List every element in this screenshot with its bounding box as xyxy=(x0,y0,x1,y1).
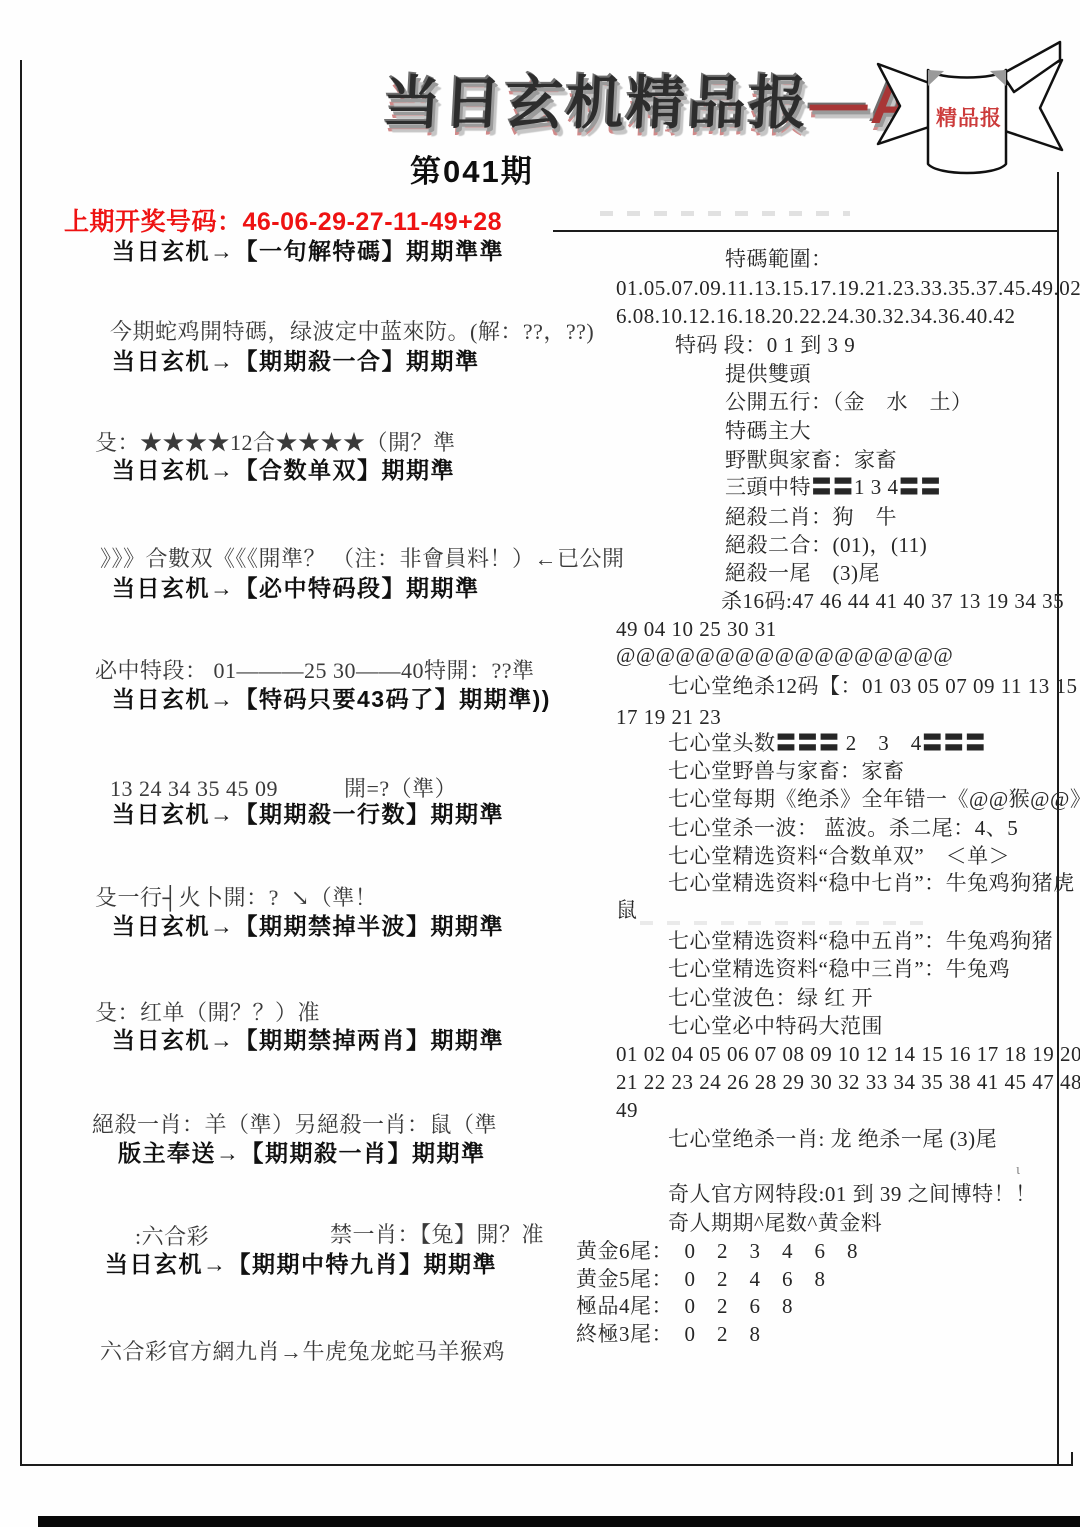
left-line: 》》》合數双《《《開準？ （注：非會員料！）←已公開 xyxy=(100,548,625,570)
right-line: 杀16码:47 46 44 41 40 37 13 19 34 35 xyxy=(721,591,1064,612)
right-line: 七心堂绝杀一肖: 龙 绝杀一尾 (3)尾 xyxy=(668,1129,997,1150)
right-line: 七心堂精选资料“稳中七肖”：牛兔鸡狗猪虎 xyxy=(668,873,1075,894)
right-line: 提供雙頭 xyxy=(725,364,811,385)
left-line: 殳：★★★★12合★★★★（開？準 xyxy=(95,432,456,454)
right-line: 七心堂头数〓〓〓 2 3 4〓〓〓 xyxy=(668,733,986,754)
right-line: 七心堂绝杀12码【：01 03 05 07 09 11 13 15 xyxy=(668,676,1077,697)
left-line: 今期蛇鸡開特碼，绿波定中蓝來防。(解：??，??) xyxy=(110,321,594,343)
left-line: 当日玄机→【期期殺一行数】期期準 xyxy=(112,803,504,826)
right-line: 七心堂精选资料“稳中五肖”：牛兔鸡狗猪 xyxy=(668,931,1053,952)
right-line: 特碼範圍： xyxy=(725,249,833,270)
right-line: 17 19 21 23 xyxy=(616,707,721,728)
left-line: 当日玄机→【期期禁掉半波】期期準 xyxy=(112,915,504,938)
right-line: 01 02 04 05 06 07 08 09 10 12 14 15 16 1… xyxy=(616,1044,1080,1065)
left-line: 当日玄机→【一句解特碼】期期準準 xyxy=(112,240,504,263)
right-line: 七心堂每期《绝杀》全年错一《@@猴@@》 xyxy=(668,789,1080,810)
newspaper-logo: 当日玄机精品报—A xyxy=(381,56,918,140)
page-bottom-bar xyxy=(38,1516,1080,1527)
right-line: 絕殺二肖：狗 牛 xyxy=(725,507,897,528)
last-draw-numbers: 上期开奖号码：46-06-29-27-11-49+28 xyxy=(64,202,502,238)
left-line: 当日玄机→【合数单双】期期準 xyxy=(112,459,455,482)
panel-top-border xyxy=(553,230,1059,232)
right-line: 奇人官方网特段:01 到 39 之间博特！！ xyxy=(668,1184,1037,1205)
right-line: 七心堂波色：绿 红 开 xyxy=(668,988,873,1009)
page-bottom-line xyxy=(20,1464,1073,1466)
left-line: 当日玄机→【特码只要43码了】期期準)) xyxy=(112,688,551,711)
right-line: 野獸與家畜：家畜 xyxy=(725,450,897,471)
right-line: 七心堂精选资料“稳中三肖”：牛兔鸡 xyxy=(668,959,1010,980)
bottom-line-right-tick xyxy=(1071,1452,1073,1465)
right-line: 黄金6尾： 0 2 3 4 6 8 xyxy=(576,1241,858,1262)
left-line: 当日玄机→【期期中特九肖】期期準 xyxy=(105,1253,497,1276)
left-line: 当日玄机→【必中特码段】期期準 xyxy=(112,577,480,600)
left-line: 絕殺一肖：羊（準）另絕殺一肖：鼠（準 xyxy=(92,1114,497,1136)
scan-artifact xyxy=(640,921,930,925)
issue-number: 第041期 xyxy=(410,146,534,191)
right-line: 終極3尾： 0 2 8 xyxy=(576,1324,761,1345)
left-line: 殳一行┤火卜開：? ↘（準！ xyxy=(95,887,377,909)
scan-artifact xyxy=(600,211,850,216)
page-right-border xyxy=(1057,172,1059,1464)
logo-main-text: 当日玄机精品报 xyxy=(381,71,811,136)
right-line: 黄金5尾： 0 2 4 6 8 xyxy=(576,1269,826,1290)
right-line: 特碼主大 xyxy=(725,421,811,442)
right-line: 公開五行：（金 水 土） xyxy=(725,392,973,413)
right-line: 49 xyxy=(616,1100,638,1121)
right-line: 49 04 10 25 30 31 xyxy=(616,619,777,640)
right-line: 特码 段：0 1 到 3 9 xyxy=(675,335,855,356)
right-line: 七心堂杀一波： 蓝波。杀二尾：4、5 xyxy=(668,818,1018,839)
right-line: 6.08.10.12.16.18.20.22.24.30.32.34.36.40… xyxy=(616,306,1016,327)
right-line: 極品4尾： 0 2 6 8 xyxy=(576,1296,793,1317)
right-line: 絕殺一尾 (3)尾 xyxy=(725,563,880,584)
stray-mark: ι xyxy=(1016,1162,1020,1179)
right-line: 01.05.07.09.11.13.15.17.19.21.23.33.35.3… xyxy=(616,278,1080,299)
left-line: 六合彩官方網九肖→牛虎兔龙蛇马羊猴鸡 xyxy=(100,1341,505,1363)
left-line: 必中特段： 01———25 30——40特開：??準 xyxy=(95,660,535,682)
right-line: 七心堂必中特码大范围 xyxy=(668,1016,883,1037)
left-line: 13 24 34 35 45 09 開=?（準） xyxy=(110,778,457,800)
left-line: 当日玄机→【期期禁掉两肖】期期準 xyxy=(112,1029,504,1052)
right-line: 鼠 xyxy=(616,900,638,921)
right-line: 21 22 23 24 26 28 29 30 32 33 34 35 38 4… xyxy=(616,1072,1080,1093)
left-line: 当日玄机→【期期殺一合】期期準 xyxy=(112,350,480,373)
ribbon-label: 精品报 xyxy=(929,102,1009,132)
right-line: 七心堂野兽与家畜：家畜 xyxy=(668,761,905,782)
left-line: 殳：红单（開？？）准 xyxy=(95,1002,320,1024)
right-line: 奇人期期^尾数^黄金料 xyxy=(668,1213,882,1234)
left-line: 禁一肖：【兔】開？准 xyxy=(330,1224,544,1246)
right-line: 三頭中特〓〓1 3 4〓〓 xyxy=(725,477,942,498)
left-line: 版主奉送→【期期殺一肖】期期準 xyxy=(118,1142,486,1165)
right-line: @@@@@@@@@@@@@@@@@ xyxy=(616,645,953,666)
left-line: :六合彩 xyxy=(135,1226,209,1248)
right-line: 七心堂精选资料“合数单双” ＜单＞ xyxy=(668,846,1010,867)
right-line: 絕殺二合：(01)，(11) xyxy=(725,535,927,556)
page-left-border xyxy=(20,60,22,1466)
newspaper-page: ι 当日玄机精品报—A 第041期 上期开奖号码：46-06-29-27-11-… xyxy=(0,0,1080,1527)
